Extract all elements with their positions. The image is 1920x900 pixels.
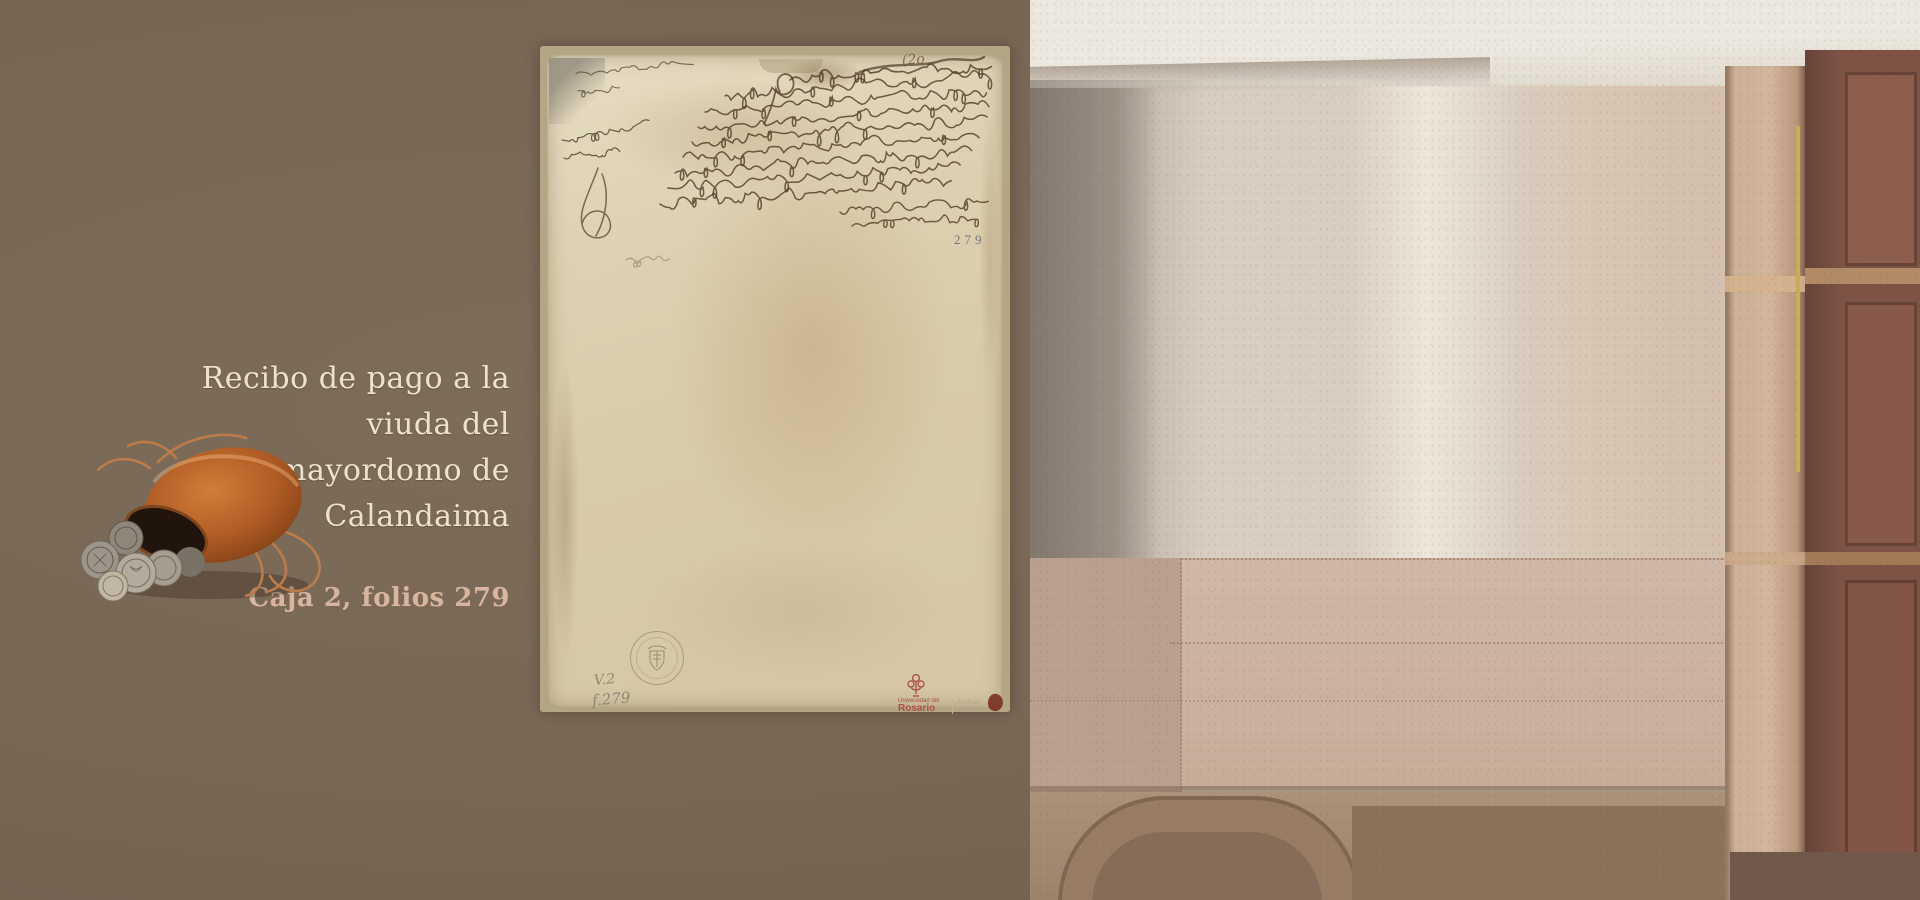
handwriting-line — [561, 119, 651, 147]
coin-pouch-image — [58, 410, 353, 610]
pencil-note-folio: f.279 — [591, 688, 631, 709]
universidad-rosario-wordmark: Universidad del Rosario — [898, 698, 950, 715]
handwriting-line — [563, 146, 620, 163]
manuscript-scan: (2o 279 V.2 f.279 — [540, 46, 1010, 712]
archive-seal-icon — [630, 631, 684, 685]
footer-logos: Universidad del Rosario Archivo Históric… — [892, 672, 996, 712]
pencil-note-volume: V.2 — [593, 671, 615, 689]
universidad-rosario-crest-icon — [904, 672, 928, 698]
room-photo — [1030, 0, 1920, 900]
handwriting-line — [578, 86, 620, 98]
handwriting-line — [626, 256, 670, 268]
handwriting-line — [576, 59, 694, 77]
corner-annotation: (2o — [901, 51, 925, 69]
page-root: Recibo de pago a la viuda del mayordomo … — [0, 0, 1920, 900]
handwriting-line — [705, 84, 988, 124]
coin — [98, 571, 128, 601]
title-line-1: Recibo de pago a la — [40, 356, 510, 402]
manuscript-handwriting — [540, 46, 1010, 712]
archive-seal-crest-icon — [644, 643, 670, 673]
handwriting-line — [789, 57, 992, 93]
rosario-line: Rosario — [898, 704, 950, 715]
logo-divider — [952, 699, 953, 714]
ink-initial-flourish — [764, 74, 794, 124]
photo-faded-overlay — [1030, 0, 1920, 900]
folio-number-stamp: 279 — [954, 232, 986, 248]
handwriting-line — [698, 99, 990, 140]
ink-rubric-flourish — [581, 168, 610, 238]
handwriting-line — [675, 144, 973, 187]
